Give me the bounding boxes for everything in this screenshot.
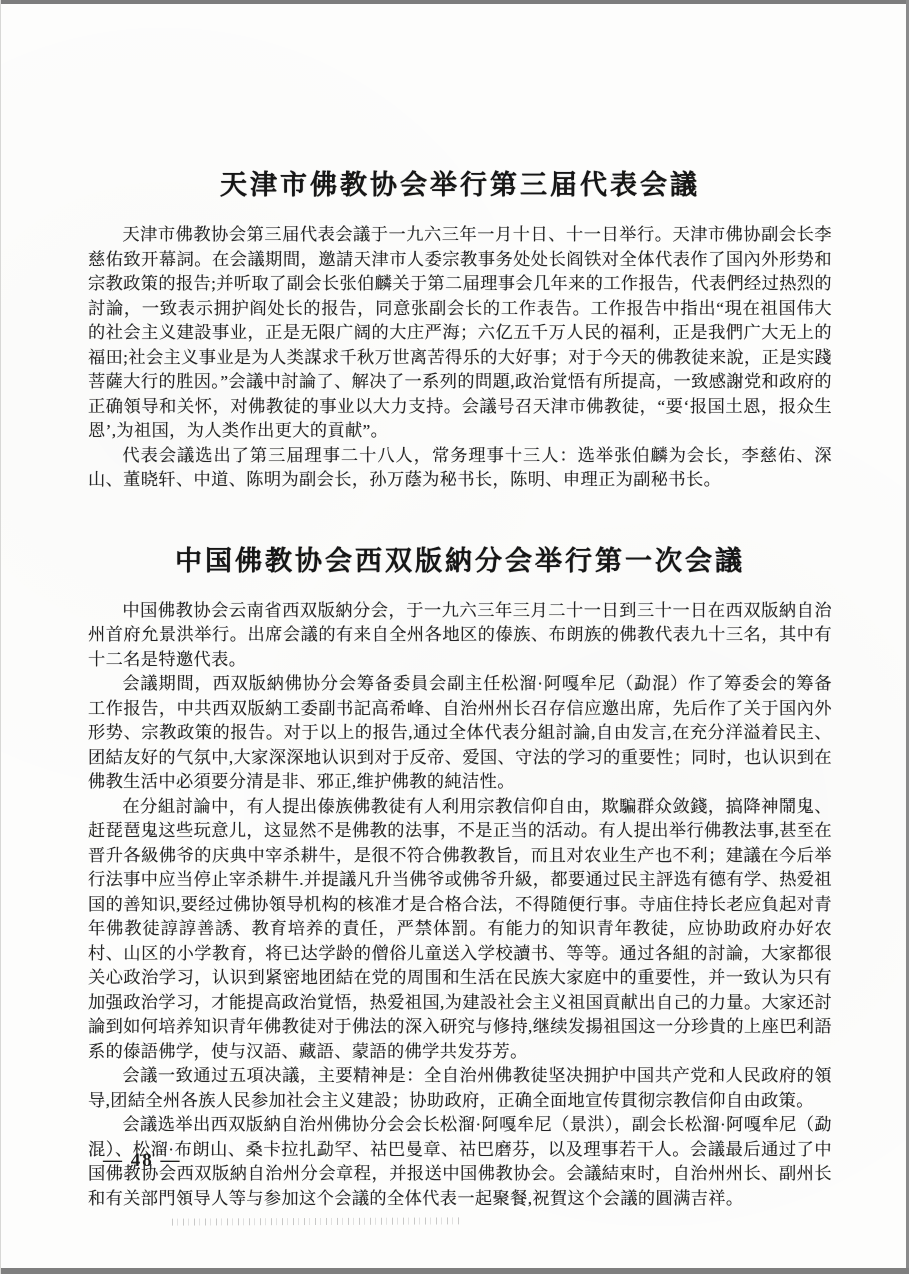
article-2-paragraph: 在分組討論中，有人提出傣族佛教徒有人利用宗教信仰自由，欺騙群众敛錢，搞降神鬧鬼、… (88, 795, 832, 1065)
scan-smudge-artifact (172, 1217, 462, 1225)
page-number: — 48 — (103, 1150, 182, 1172)
article-2-title: 中国佛教协会西双版納分会举行第一次会議 (88, 539, 832, 578)
article-2-body: 中国佛教协会云南省西双版納分会，于一九六三年三月二十一日到三十一日在西双版納自治… (88, 599, 832, 1212)
page-content: 天津市佛教协会举行第三届代表会議 天津市佛教协会第三届代表会議于一九六三年一月十… (88, 0, 832, 1211)
article-2-paragraph: 会議期間，西双版納佛协分会筹备委員会副主任松溜·阿嘎牟尼（勐混）作了筹委会的筹备… (88, 672, 832, 795)
article-2-paragraph: 会議选举出西双版納自治州佛协分会会长松溜·阿嘎牟尼（景洪），副会长松溜·阿嘎牟尼… (88, 1113, 832, 1211)
page-edge-top (0, 0, 909, 4)
article-1-body: 天津市佛教协会第三届代表会議于一九六三年一月十日、十一日举行。天津市佛协副会长李… (88, 223, 832, 493)
article-2-paragraph: 会議一致通过五項决議，主要精神是：全自治州佛教徒坚决拥护中国共产党和人民政府的領… (88, 1064, 832, 1113)
article-2-paragraph: 中国佛教协会云南省西双版納分会，于一九六三年三月二十一日到三十一日在西双版納自治… (88, 599, 832, 673)
page-edge-left (0, 0, 1, 1274)
article-1-paragraph: 天津市佛教协会第三届代表会議于一九六三年一月十日、十一日举行。天津市佛协副会长李… (88, 223, 832, 444)
article-1-title: 天津市佛教协会举行第三届代表会議 (88, 163, 832, 202)
article-1-paragraph: 代表会議选出了第三届理事二十八人，常务理事十三人：选举张伯麟为会长，李慈佑、深山… (88, 444, 832, 493)
scanned-document-page: 天津市佛教协会举行第三届代表会議 天津市佛教协会第三届代表会議于一九六三年一月十… (0, 0, 909, 1274)
page-edge-bottom (0, 1268, 909, 1274)
